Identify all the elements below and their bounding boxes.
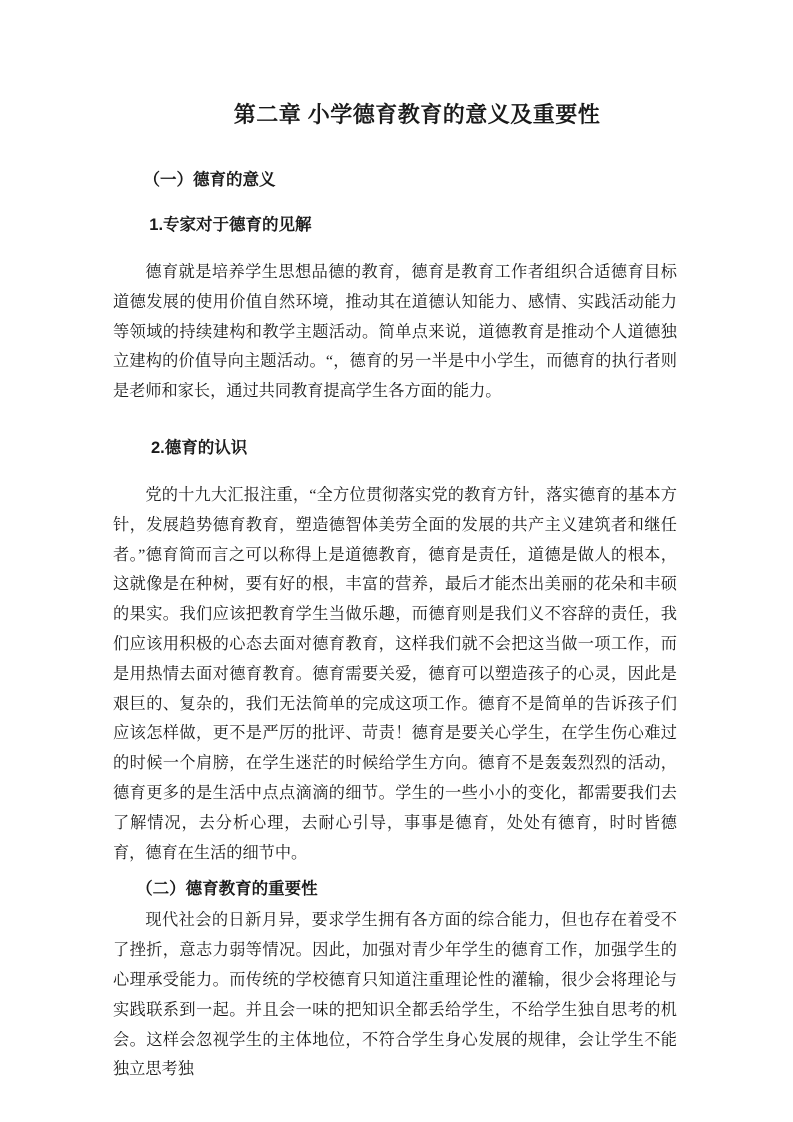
paragraph-importance-of-moral-education: 现代社会的日新月异，要求学生拥有各方面的综合能力，但也存在着受不了挫折，意志力弱… bbox=[113, 906, 677, 1085]
section-heading-1: （一）德育的意义 bbox=[113, 168, 677, 192]
chapter-title: 第二章 小学德育教育的意义及重要性 bbox=[113, 99, 677, 131]
paragraph-expert-views: 德育就是培养学生思想品德的教育，德育是教育工作者组织合适德育目标道德发展的使用价… bbox=[113, 258, 677, 407]
section-heading-2: （二）德育教育的重要性 bbox=[113, 877, 677, 901]
subsection-heading-1-1: 1.专家对于德育的见解 bbox=[113, 213, 677, 237]
paragraph-understanding-moral-education: 党的十九大汇报注重，“全方位贯彻落实党的教育方针，落实德育的基本方针，发展趋势德… bbox=[113, 481, 677, 868]
subsection-heading-1-2: 2.德育的认识 bbox=[113, 436, 677, 460]
document-page: 第二章 小学德育教育的意义及重要性 （一）德育的意义 1.专家对于德育的见解 德… bbox=[0, 0, 793, 1122]
